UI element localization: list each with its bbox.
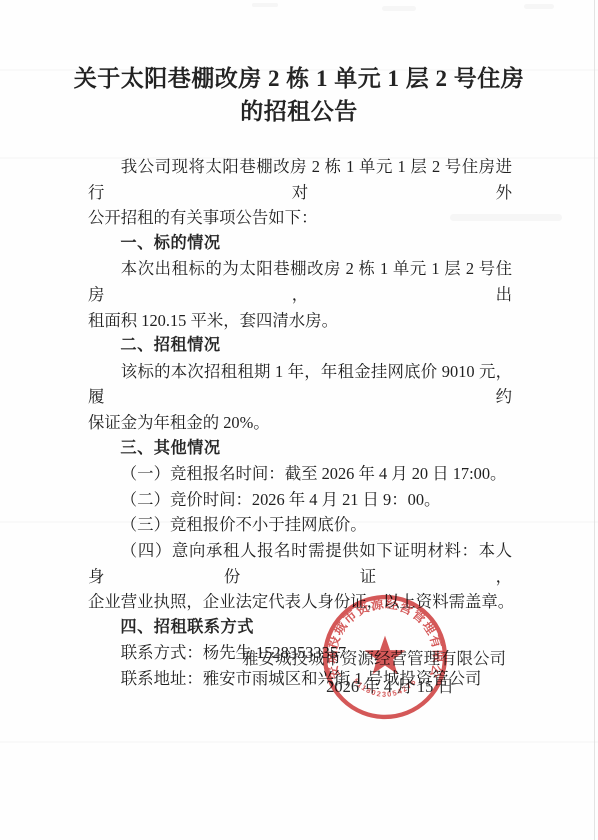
page-edge-shadow [594,0,595,840]
scan-smudge [252,3,278,7]
scan-artifact-line [0,741,598,743]
body-line: （三）竞租报价不小于挂网底价。 [88,512,512,538]
scan-smudge [524,4,554,9]
seal-star-icon [365,636,406,675]
section-heading: 三、其他情况 [88,436,512,462]
official-seal: 雅安城投城市资源经营管理有限公司 5118023054276 [321,593,449,721]
body-line: 该标的本次招租租期 1 年，年租金挂网底价 9010 元，履约 [88,359,512,410]
seal-serial: 5118023054276 [351,676,418,698]
section-heading: 一、标的情况 [88,231,512,257]
body-line: （四）意向承租人报名时需提供如下证明材料：本人身份证， [88,538,512,589]
seal-ring-text: 雅安城投城市资源经营管理有限公司 [321,593,446,680]
scan-smudge [382,6,416,11]
body-line: 公开招租的有关事项公告如下： [88,205,512,231]
body-line: 保证金为年租金的 20%。 [88,410,512,436]
body-line: （一）竞租报名时间：截至 2026 年 4 月 20 日 17:00。 [88,461,512,487]
body-line: 租面积 120.15 平米，套四清水房。 [88,308,512,334]
notice-title-line1: 关于太阳巷棚改房 2 栋 1 单元 1 层 2 号住房 [40,62,558,95]
notice-title-line2: 的招租公告 [40,95,558,128]
body-line: 本次出租标的为太阳巷棚改房 2 栋 1 单元 1 层 2 号住房，出 [88,256,512,307]
document-page: 关于太阳巷棚改房 2 栋 1 单元 1 层 2 号住房 的招租公告 我公司现将太… [0,0,598,840]
body-line: （二）竞价时间：2026 年 4 月 21 日 9：00。 [88,487,512,513]
notice-title: 关于太阳巷棚改房 2 栋 1 单元 1 层 2 号住房 的招租公告 [40,62,558,128]
section-heading: 二、招租情况 [88,333,512,359]
body-line: 我公司现将太阳巷棚改房 2 栋 1 单元 1 层 2 号住房进行对外 [88,154,512,205]
